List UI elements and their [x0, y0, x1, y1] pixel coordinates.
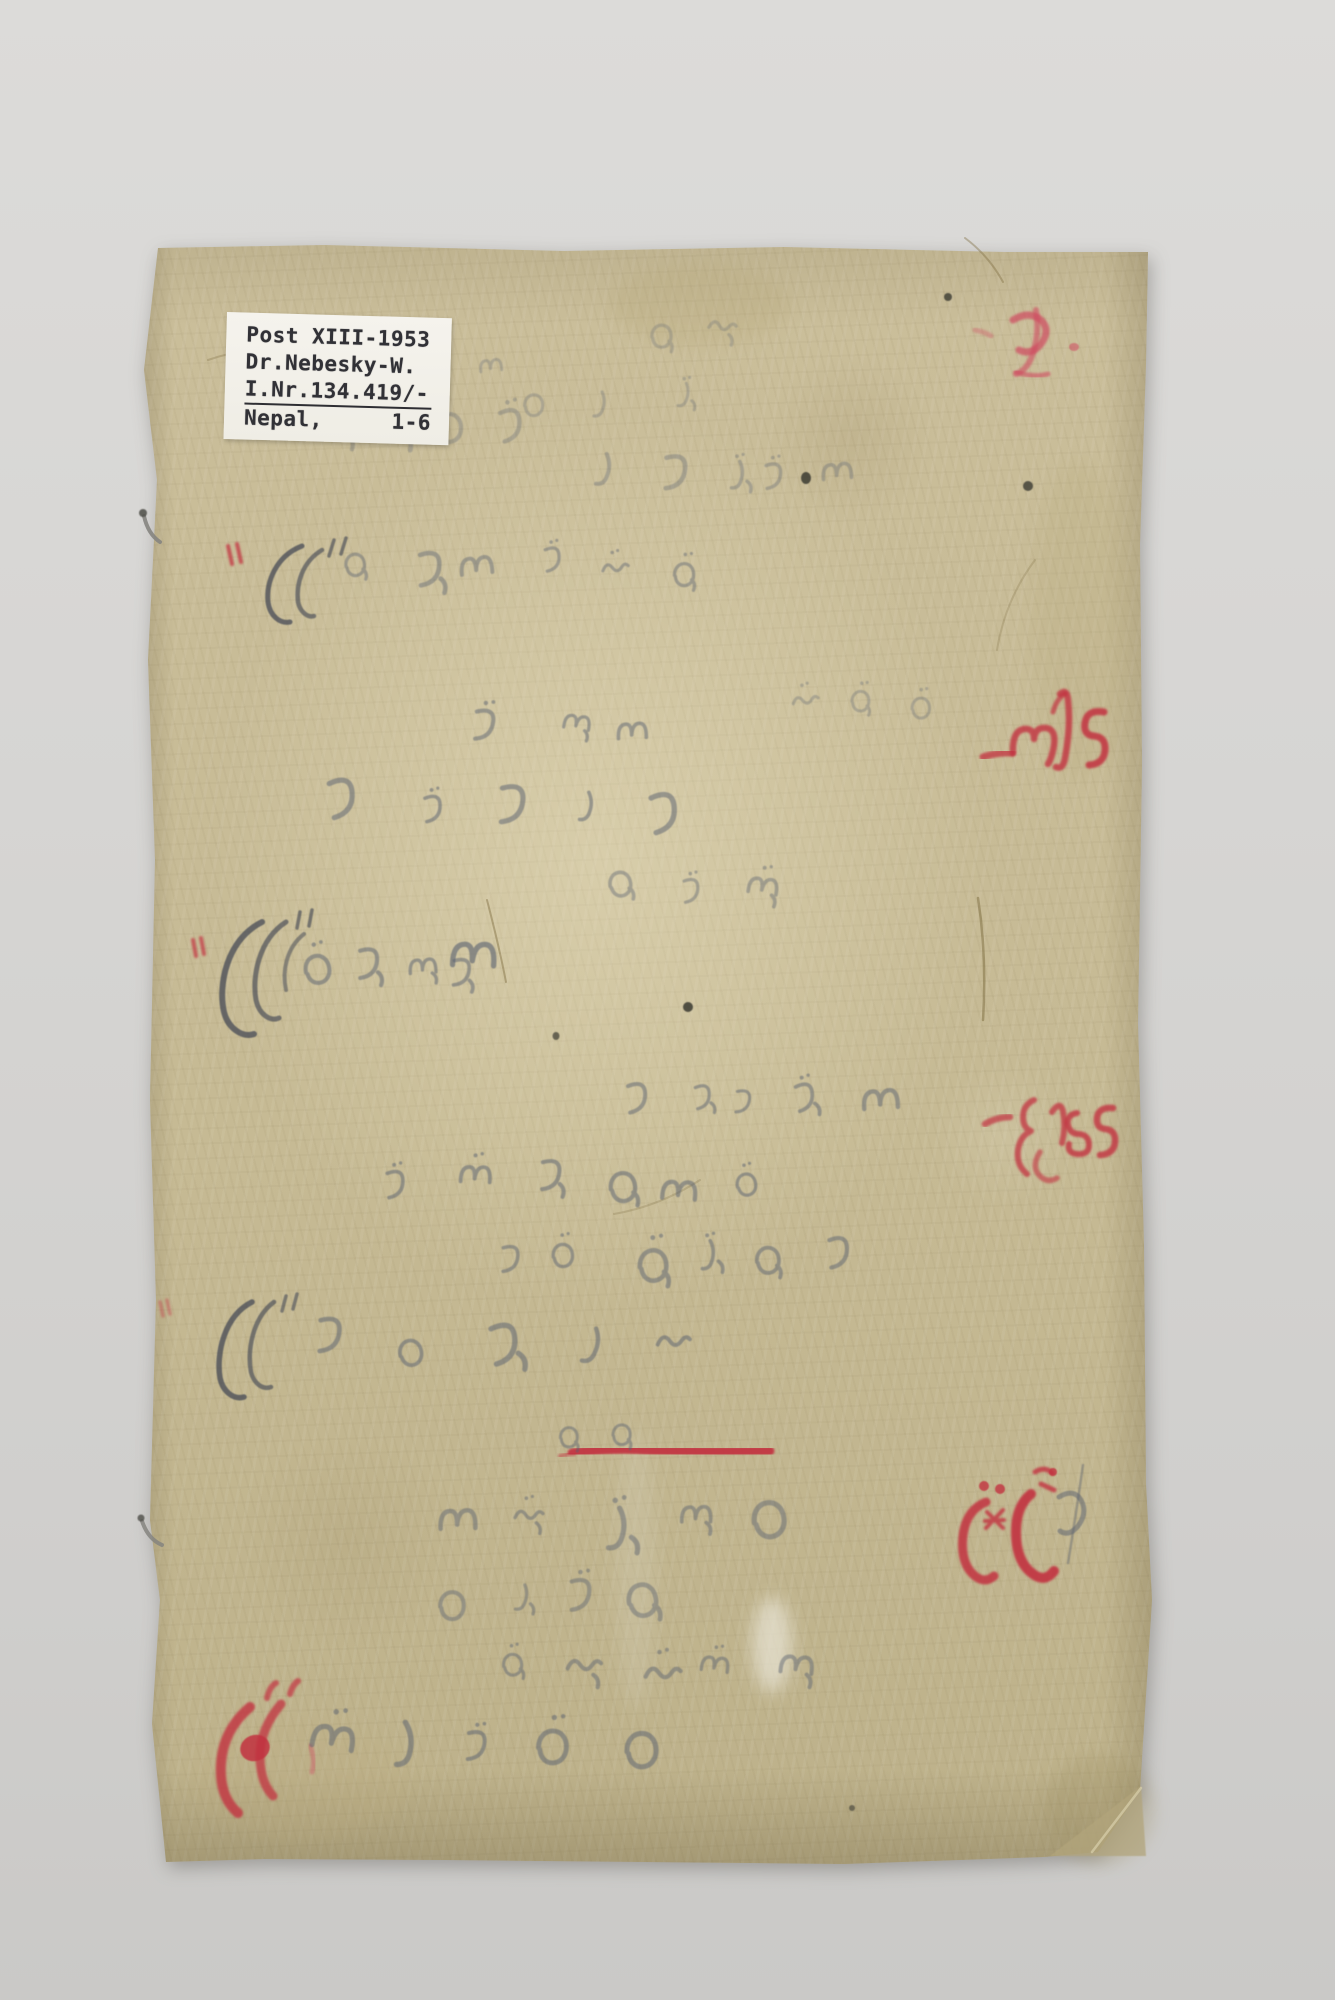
seal-gray-line — [1068, 1465, 1083, 1563]
script-glyph — [474, 698, 496, 740]
ink-marks-layer — [0, 0, 1335, 2000]
script-glyph — [657, 1336, 690, 1346]
script-glyph — [499, 397, 521, 441]
script-glyph — [502, 1246, 519, 1272]
fiber-tuft-tip-2 — [138, 1515, 145, 1522]
red-num-2-five — [1097, 1108, 1115, 1155]
script-glyph — [850, 679, 873, 715]
label-line-4-right: 1-6 — [391, 409, 431, 437]
script-glyph — [596, 454, 609, 484]
script-glyph — [678, 376, 696, 410]
script-row-4b — [791, 679, 931, 718]
script-row-5 — [329, 779, 676, 833]
stain-right — [1030, 460, 1130, 780]
script-glyph — [609, 871, 634, 900]
script-row-13 — [440, 1494, 785, 1554]
script-glyph — [681, 1507, 711, 1535]
margin-bracket-a2 — [298, 550, 322, 616]
script-faint-top-2 — [523, 376, 695, 417]
script-glyph — [480, 359, 502, 372]
red-seal-dot-2 — [995, 1484, 1005, 1494]
red-num-2-tail — [1035, 1152, 1057, 1180]
script-glyph — [766, 454, 781, 488]
ink-speck-4 — [553, 1032, 560, 1040]
red-num-2-curl — [1018, 1100, 1034, 1174]
fiber-streak-5 — [614, 1180, 700, 1214]
stain-top — [610, 265, 790, 345]
script-row-10 — [502, 1231, 848, 1286]
margin-bracket-c2 — [250, 1302, 274, 1388]
script-glyph — [567, 1660, 602, 1689]
script-glyph — [537, 1712, 570, 1765]
label-line-4-left: Nepal, — [244, 405, 324, 434]
red-seal-asterisk — [985, 1510, 1004, 1528]
margin-ticks-c — [282, 1294, 297, 1311]
red-smudge-3 — [1016, 372, 1048, 376]
margin-bracket-c1 — [219, 1302, 252, 1398]
script-glyph — [499, 786, 524, 824]
script-glyph — [753, 1502, 785, 1538]
margin-bracket-b3 — [285, 934, 304, 990]
red-seal-dot-3 — [1049, 1468, 1057, 1476]
ink-speck-2 — [944, 293, 952, 301]
script-glyph — [756, 1247, 781, 1277]
script-row-6 — [609, 863, 779, 907]
red-num-2-dash — [985, 1117, 1010, 1124]
script-glyph — [570, 1568, 590, 1611]
script-glyph — [515, 1585, 534, 1614]
fiber-tuft-tip-1 — [139, 509, 147, 517]
archival-label: Post XIII-1953 Dr.Nebesky-W. I.Nr.134.41… — [223, 312, 451, 445]
script-glyph — [329, 779, 354, 818]
red-underline-end — [560, 1454, 574, 1456]
script-glyph — [863, 1090, 898, 1110]
script-glyph — [460, 556, 492, 575]
script-glyph — [651, 794, 676, 833]
script-row-3 — [346, 539, 699, 593]
red-tick-1 — [228, 544, 241, 564]
script-glyph — [628, 1084, 646, 1113]
script-glyph — [399, 1339, 423, 1366]
script-glyph — [911, 686, 931, 719]
script-glyph — [731, 453, 752, 493]
script-glyph — [409, 959, 437, 985]
pale-patch — [752, 1597, 792, 1693]
script-row-9 — [387, 1152, 757, 1206]
script-glyph — [503, 1643, 523, 1679]
script-glyph — [523, 394, 543, 417]
script-glyph — [829, 1238, 847, 1268]
red-underline — [572, 1449, 770, 1453]
script-glyph — [491, 1323, 526, 1372]
script-glyph — [461, 1152, 491, 1183]
label-line-4: Nepal, 1-6 — [244, 405, 432, 437]
script-glyph — [559, 1427, 580, 1451]
margin-ticks-b — [297, 910, 312, 928]
script-glyph — [735, 1161, 756, 1196]
red-bracket-ticks — [267, 1681, 298, 1698]
script-glyph — [440, 1510, 476, 1530]
ink-speck-6 — [849, 1805, 855, 1811]
ink-speck-1 — [801, 472, 811, 484]
red-num-2-eight — [1068, 1113, 1089, 1154]
script-glyph — [610, 1173, 638, 1206]
script-glyph — [346, 554, 367, 579]
script-glyph — [735, 1090, 751, 1113]
script-glyph — [545, 539, 560, 571]
red-smudge-4 — [975, 330, 991, 336]
script-row-7 — [303, 940, 476, 993]
photo-stage: Post XIII-1953 Dr.Nebesky-W. I.Nr.134.41… — [0, 0, 1335, 2000]
margin-ticks-a — [329, 538, 346, 556]
margin-bracket-b2 — [255, 922, 286, 1019]
script-glyph — [700, 1231, 723, 1273]
ink-speck-5 — [1023, 481, 1033, 491]
script-glyph — [318, 1318, 341, 1353]
red-num-1-dash — [983, 753, 1012, 757]
script-glyph — [794, 1073, 820, 1117]
script-glyph — [562, 715, 590, 742]
script-glyph — [540, 1160, 566, 1197]
fiber-tuft-2 — [142, 1521, 162, 1545]
script-glyph — [419, 553, 447, 593]
script-glyph — [439, 1591, 465, 1620]
ink-speck-3 — [683, 1002, 693, 1012]
script-row-11 — [318, 1318, 690, 1372]
red-smudge-dot — [1069, 343, 1079, 351]
red-tick-3 — [160, 1300, 170, 1316]
red-tick-2 — [193, 938, 204, 956]
script-glyph — [466, 1720, 486, 1760]
fiber-streak-6 — [997, 560, 1035, 650]
fiber-tuft-1 — [144, 516, 160, 542]
script-glyph — [618, 723, 647, 739]
script-glyph — [425, 786, 441, 821]
script-glyph — [639, 1233, 670, 1286]
script-glyph — [695, 1085, 715, 1113]
red-num-2-one — [1052, 1106, 1064, 1143]
script-glyph — [594, 392, 604, 416]
script-glyph — [387, 1161, 403, 1197]
script-glyph — [822, 463, 851, 480]
script-glyph — [514, 1495, 543, 1535]
script-row-8 — [628, 1073, 898, 1117]
fiber-streak-2 — [487, 900, 506, 982]
script-glyph — [601, 548, 629, 572]
script-glyph — [673, 550, 698, 590]
script-glyph — [553, 1232, 573, 1267]
script-glyph — [453, 944, 494, 966]
script-glyph — [579, 792, 591, 819]
script-glyph — [582, 1328, 599, 1362]
script-row-2 — [596, 453, 852, 493]
script-glyph — [684, 870, 698, 902]
script-glyph — [701, 1643, 730, 1672]
script-glyph — [664, 456, 686, 490]
red-seal-right — [1016, 1494, 1054, 1578]
script-glyph — [791, 681, 819, 705]
fiber-streak-3 — [965, 238, 1003, 282]
script-row-4 — [474, 698, 647, 741]
script-glyph — [747, 863, 779, 907]
script-glyph — [303, 940, 331, 985]
red-smudge-1 — [1013, 315, 1046, 352]
script-row-7b — [453, 944, 494, 966]
fiber-streak-1 — [978, 898, 984, 1020]
script-glyph — [626, 1733, 657, 1768]
seal-gray-glyph — [1059, 1493, 1084, 1533]
red-seal-dot-1 — [979, 1481, 989, 1491]
script-glyph — [358, 949, 383, 985]
